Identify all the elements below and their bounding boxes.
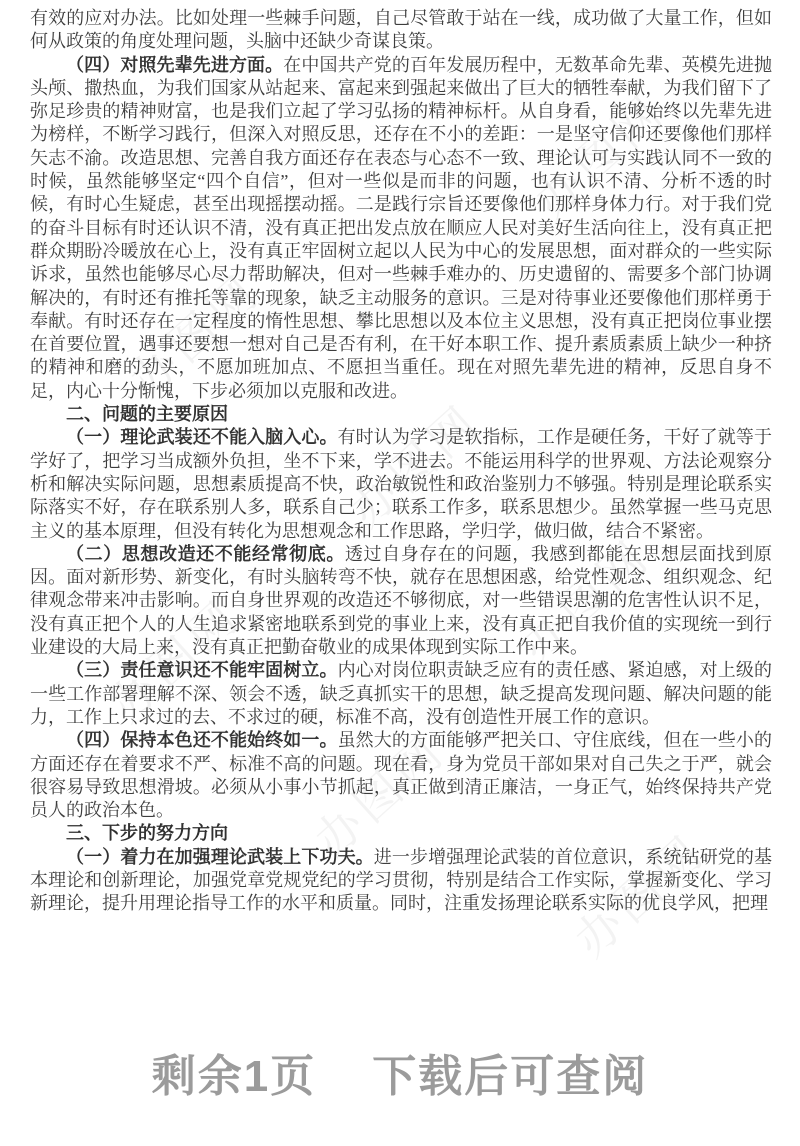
section-heading: 三、下步的努力方向 xyxy=(30,822,772,845)
document-page: 办图网办图网办图网办图网办图网办图网办图网 有效的应对办法。比如处理一些棘手问题… xyxy=(0,0,800,1146)
paragraph-lead: （四）保持本色还不能始终如一。 xyxy=(66,730,338,750)
paragraph-lead: 三、下步的努力方向 xyxy=(66,823,228,843)
paragraph: （四）对照先辈先进方面。在中国共产党的百年发展历程中，无数革命先辈、英模先进抛头… xyxy=(30,54,772,403)
paragraph-lead: （三）责任意识还不能牢固树立。 xyxy=(66,660,338,680)
paragraph: （二）思想改造还不能经常彻底。透过自身存在的问题，我感到都能在思想层面找到原因。… xyxy=(30,543,772,659)
remaining-pages-text: 剩余1页 xyxy=(152,1052,316,1101)
remaining-pages-banner: 剩余1页下载后可查阅 xyxy=(0,1040,800,1104)
paragraph-lead: （一）理论武装还不能入脑入心。 xyxy=(66,427,338,447)
paragraph-lead: 二、问题的主要原因 xyxy=(66,404,228,424)
paragraph-text: 在中国共产党的百年发展历程中，无数革命先辈、英模先进抛头颅、撒热血，为我们国家从… xyxy=(30,55,772,401)
paragraph-text: 有效的应对办法。比如处理一些棘手问题，自己尽管敢于站在一线，成功做了大量工作，但… xyxy=(30,8,772,51)
paragraph: 有效的应对办法。比如处理一些棘手问题，自己尽管敢于站在一线，成功做了大量工作，但… xyxy=(30,7,772,54)
paragraph: （四）保持本色还不能始终如一。虽然大的方面能够严把关口、守住底线，但在一些小的方… xyxy=(30,729,772,822)
document-body: 有效的应对办法。比如处理一些棘手问题，自己尽管敢于站在一线，成功做了大量工作，但… xyxy=(30,7,772,916)
paragraph: （一）着力在加强理论武装上下功夫。进一步增强理论武装的首位意识，系统钻研党的基本… xyxy=(30,846,772,916)
paragraph-lead: （二）思想改造还不能经常彻底。 xyxy=(66,544,345,564)
download-to-view-text: 下载后可查阅 xyxy=(372,1052,648,1101)
paragraph-lead: （一）着力在加强理论武装上下功夫。 xyxy=(66,847,374,867)
paragraph: （三）责任意识还不能牢固树立。内心对岗位职责缺乏应有的责任感、紧迫感，对上级的一… xyxy=(30,659,772,729)
section-heading: 二、问题的主要原因 xyxy=(30,403,772,426)
paragraph-lead: （四）对照先辈先进方面。 xyxy=(66,55,283,75)
paragraph: （一）理论武装还不能入脑入心。有时认为学习是软指标，工作是硬任务，干好了就等于学… xyxy=(30,426,772,542)
